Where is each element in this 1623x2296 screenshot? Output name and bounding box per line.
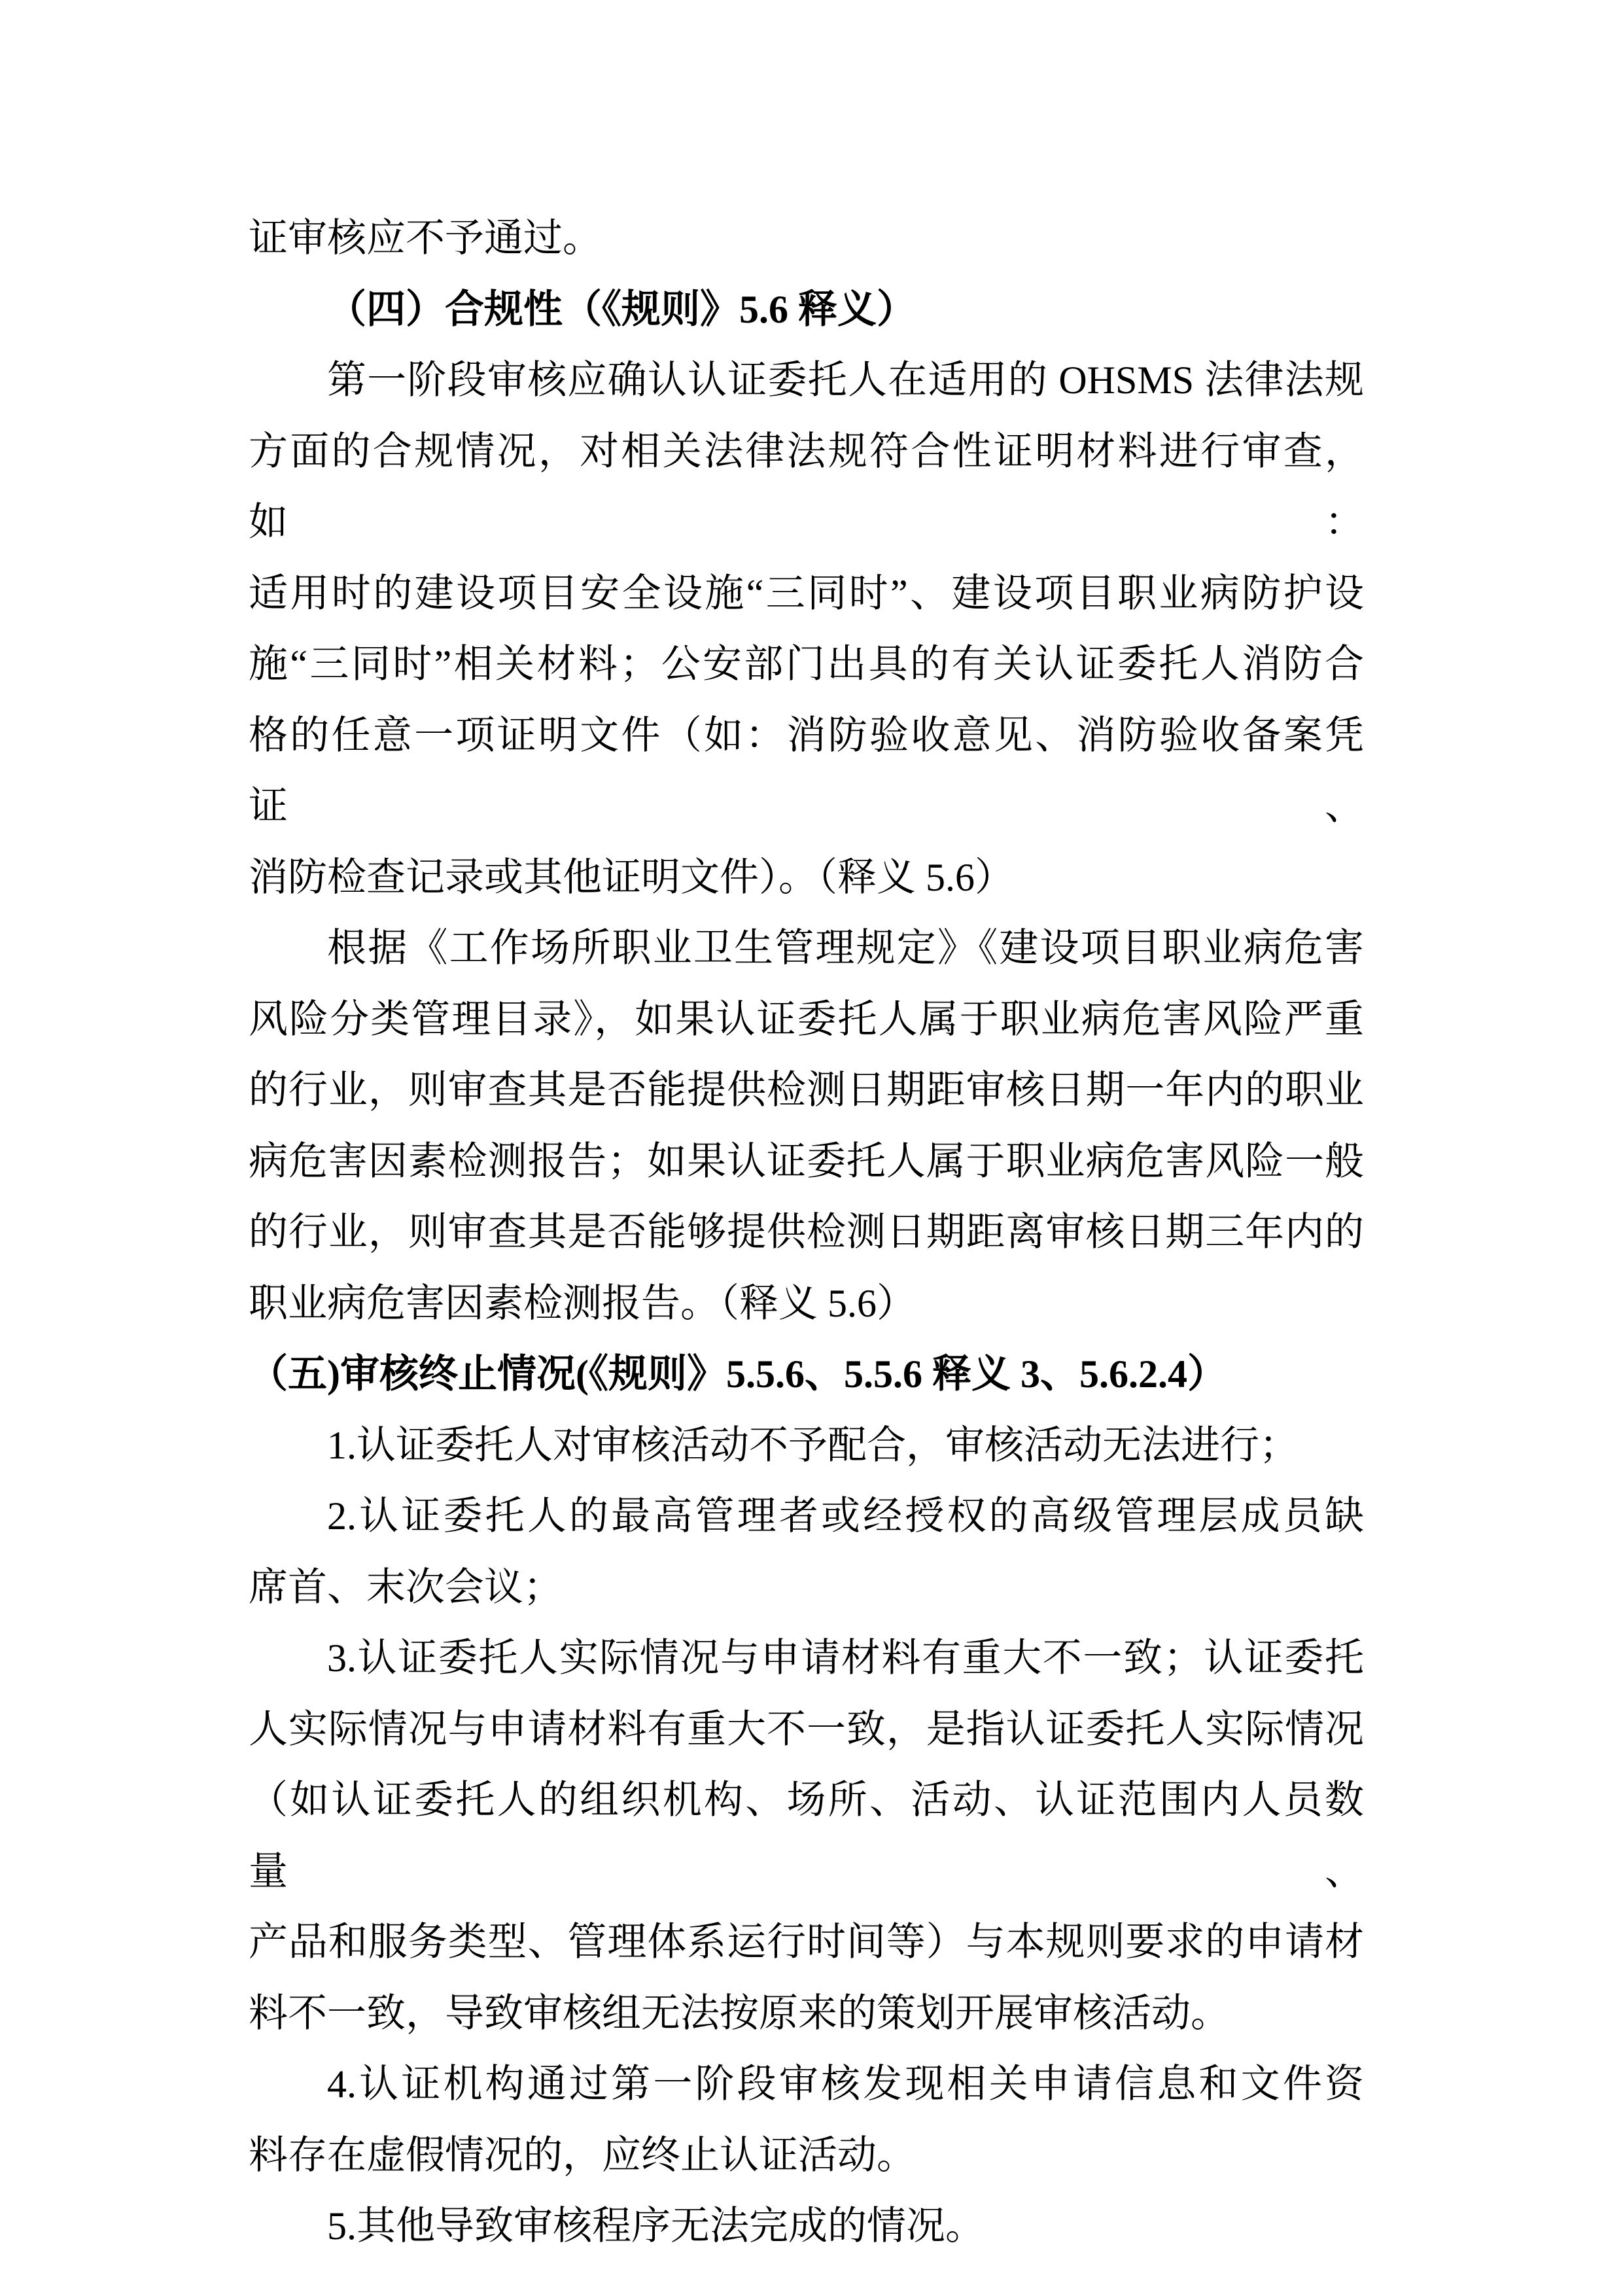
text-line: 适用时的建设项目安全设施“三同时”、建设项目职业病防护设 <box>249 558 1364 629</box>
text-line: 消防检查记录或其他证明文件）。（释义 5.6） <box>249 842 1364 913</box>
paragraph: 第一阶段审核应确认认证委托人在适用的 OHSMS 法律法规方面的合规情况，对相关… <box>249 345 1364 913</box>
text-line: 2.认证委托人的最高管理者或经授权的高级管理层成员缺 <box>249 1481 1364 1552</box>
text-line: 格的任意一项证明文件（如：消防验收意见、消防验收备案凭证、 <box>249 700 1364 842</box>
text-line: 病危害因素检测报告；如果认证委托人属于职业病危害风险一般 <box>249 1126 1364 1197</box>
text-line: 4.认证机构通过第一阶段审核发现相关申请信息和文件资 <box>249 2049 1364 2120</box>
section-heading: （五)审核终止情况(《规则》5.5.6、5.5.6 释义 3、5.6.2.4） <box>249 1339 1364 1410</box>
paragraph: 3.认证委托人实际情况与申请材料有重大不一致；认证委托人实际情况与申请材料有重大… <box>249 1623 1364 2049</box>
text-line: 料不一致，导致审核组无法按原来的策划开展审核活动。 <box>249 1978 1364 2049</box>
paragraph: 2.认证委托人的最高管理者或经授权的高级管理层成员缺席首、末次会议； <box>249 1481 1364 1623</box>
paragraph: 5.其他导致审核程序无法完成的情况。 <box>249 2191 1364 2262</box>
text-line: 方面的合规情况，对相关法律法规符合性证明材料进行审查，如： <box>249 416 1364 558</box>
text-line: 第一阶段审核应确认认证委托人在适用的 OHSMS 法律法规 <box>249 345 1364 416</box>
paragraph: 4.认证机构通过第一阶段审核发现相关申请信息和文件资料存在虚假情况的，应终止认证… <box>249 2049 1364 2191</box>
text-line: 证审核应不予通过。 <box>249 203 1364 274</box>
text-line: 1.认证委托人对审核活动不予配合，审核活动无法进行； <box>249 1410 1364 1481</box>
heading-line: （四）合规性（《规则》5.6 释义） <box>249 274 1364 345</box>
text-line: 风险分类管理目录》，如果认证委托人属于职业病危害风险严重 <box>249 984 1364 1055</box>
text-line: 5.其他导致审核程序无法完成的情况。 <box>249 2191 1364 2262</box>
text-line: 施“三同时”相关材料；公安部门出具的有关认证委托人消防合 <box>249 629 1364 700</box>
text-line: 3.认证委托人实际情况与申请材料有重大不一致；认证委托 <box>249 1623 1364 1694</box>
text-line: 的行业，则审查其是否能够提供检测日期距离审核日期三年内的 <box>249 1197 1364 1268</box>
paragraph: 证审核应不予通过。 <box>249 203 1364 274</box>
document-page: 证审核应不予通过。（四）合规性（《规则》5.6 释义）第一阶段审核应确认认证委托… <box>0 0 1623 2296</box>
text-line: 料存在虚假情况的，应终止认证活动。 <box>249 2120 1364 2191</box>
section-heading: （四）合规性（《规则》5.6 释义） <box>249 274 1364 345</box>
text-line: 的行业，则审查其是否能提供检测日期距审核日期一年内的职业 <box>249 1055 1364 1126</box>
text-line: 根据《工作场所职业卫生管理规定》《建设项目职业病危害 <box>249 913 1364 984</box>
text-line: （如认证委托人的组织机构、场所、活动、认证范围内人员数量、 <box>249 1765 1364 1907</box>
paragraph: 1.认证委托人对审核活动不予配合，审核活动无法进行； <box>249 1410 1364 1481</box>
heading-line: （五)审核终止情况(《规则》5.5.6、5.5.6 释义 3、5.6.2.4） <box>249 1339 1364 1410</box>
text-line: 职业病危害因素检测报告。（释义 5.6） <box>249 1268 1364 1339</box>
text-line: 产品和服务类型、管理体系运行时间等）与本规则要求的申请材 <box>249 1907 1364 1978</box>
text-line: 人实际情况与申请材料有重大不一致，是指认证委托人实际情况 <box>249 1694 1364 1765</box>
text-line: 席首、末次会议； <box>249 1552 1364 1623</box>
text-block: 证审核应不予通过。（四）合规性（《规则》5.6 释义）第一阶段审核应确认认证委托… <box>249 203 1364 2262</box>
paragraph: 根据《工作场所职业卫生管理规定》《建设项目职业病危害风险分类管理目录》，如果认证… <box>249 913 1364 1339</box>
